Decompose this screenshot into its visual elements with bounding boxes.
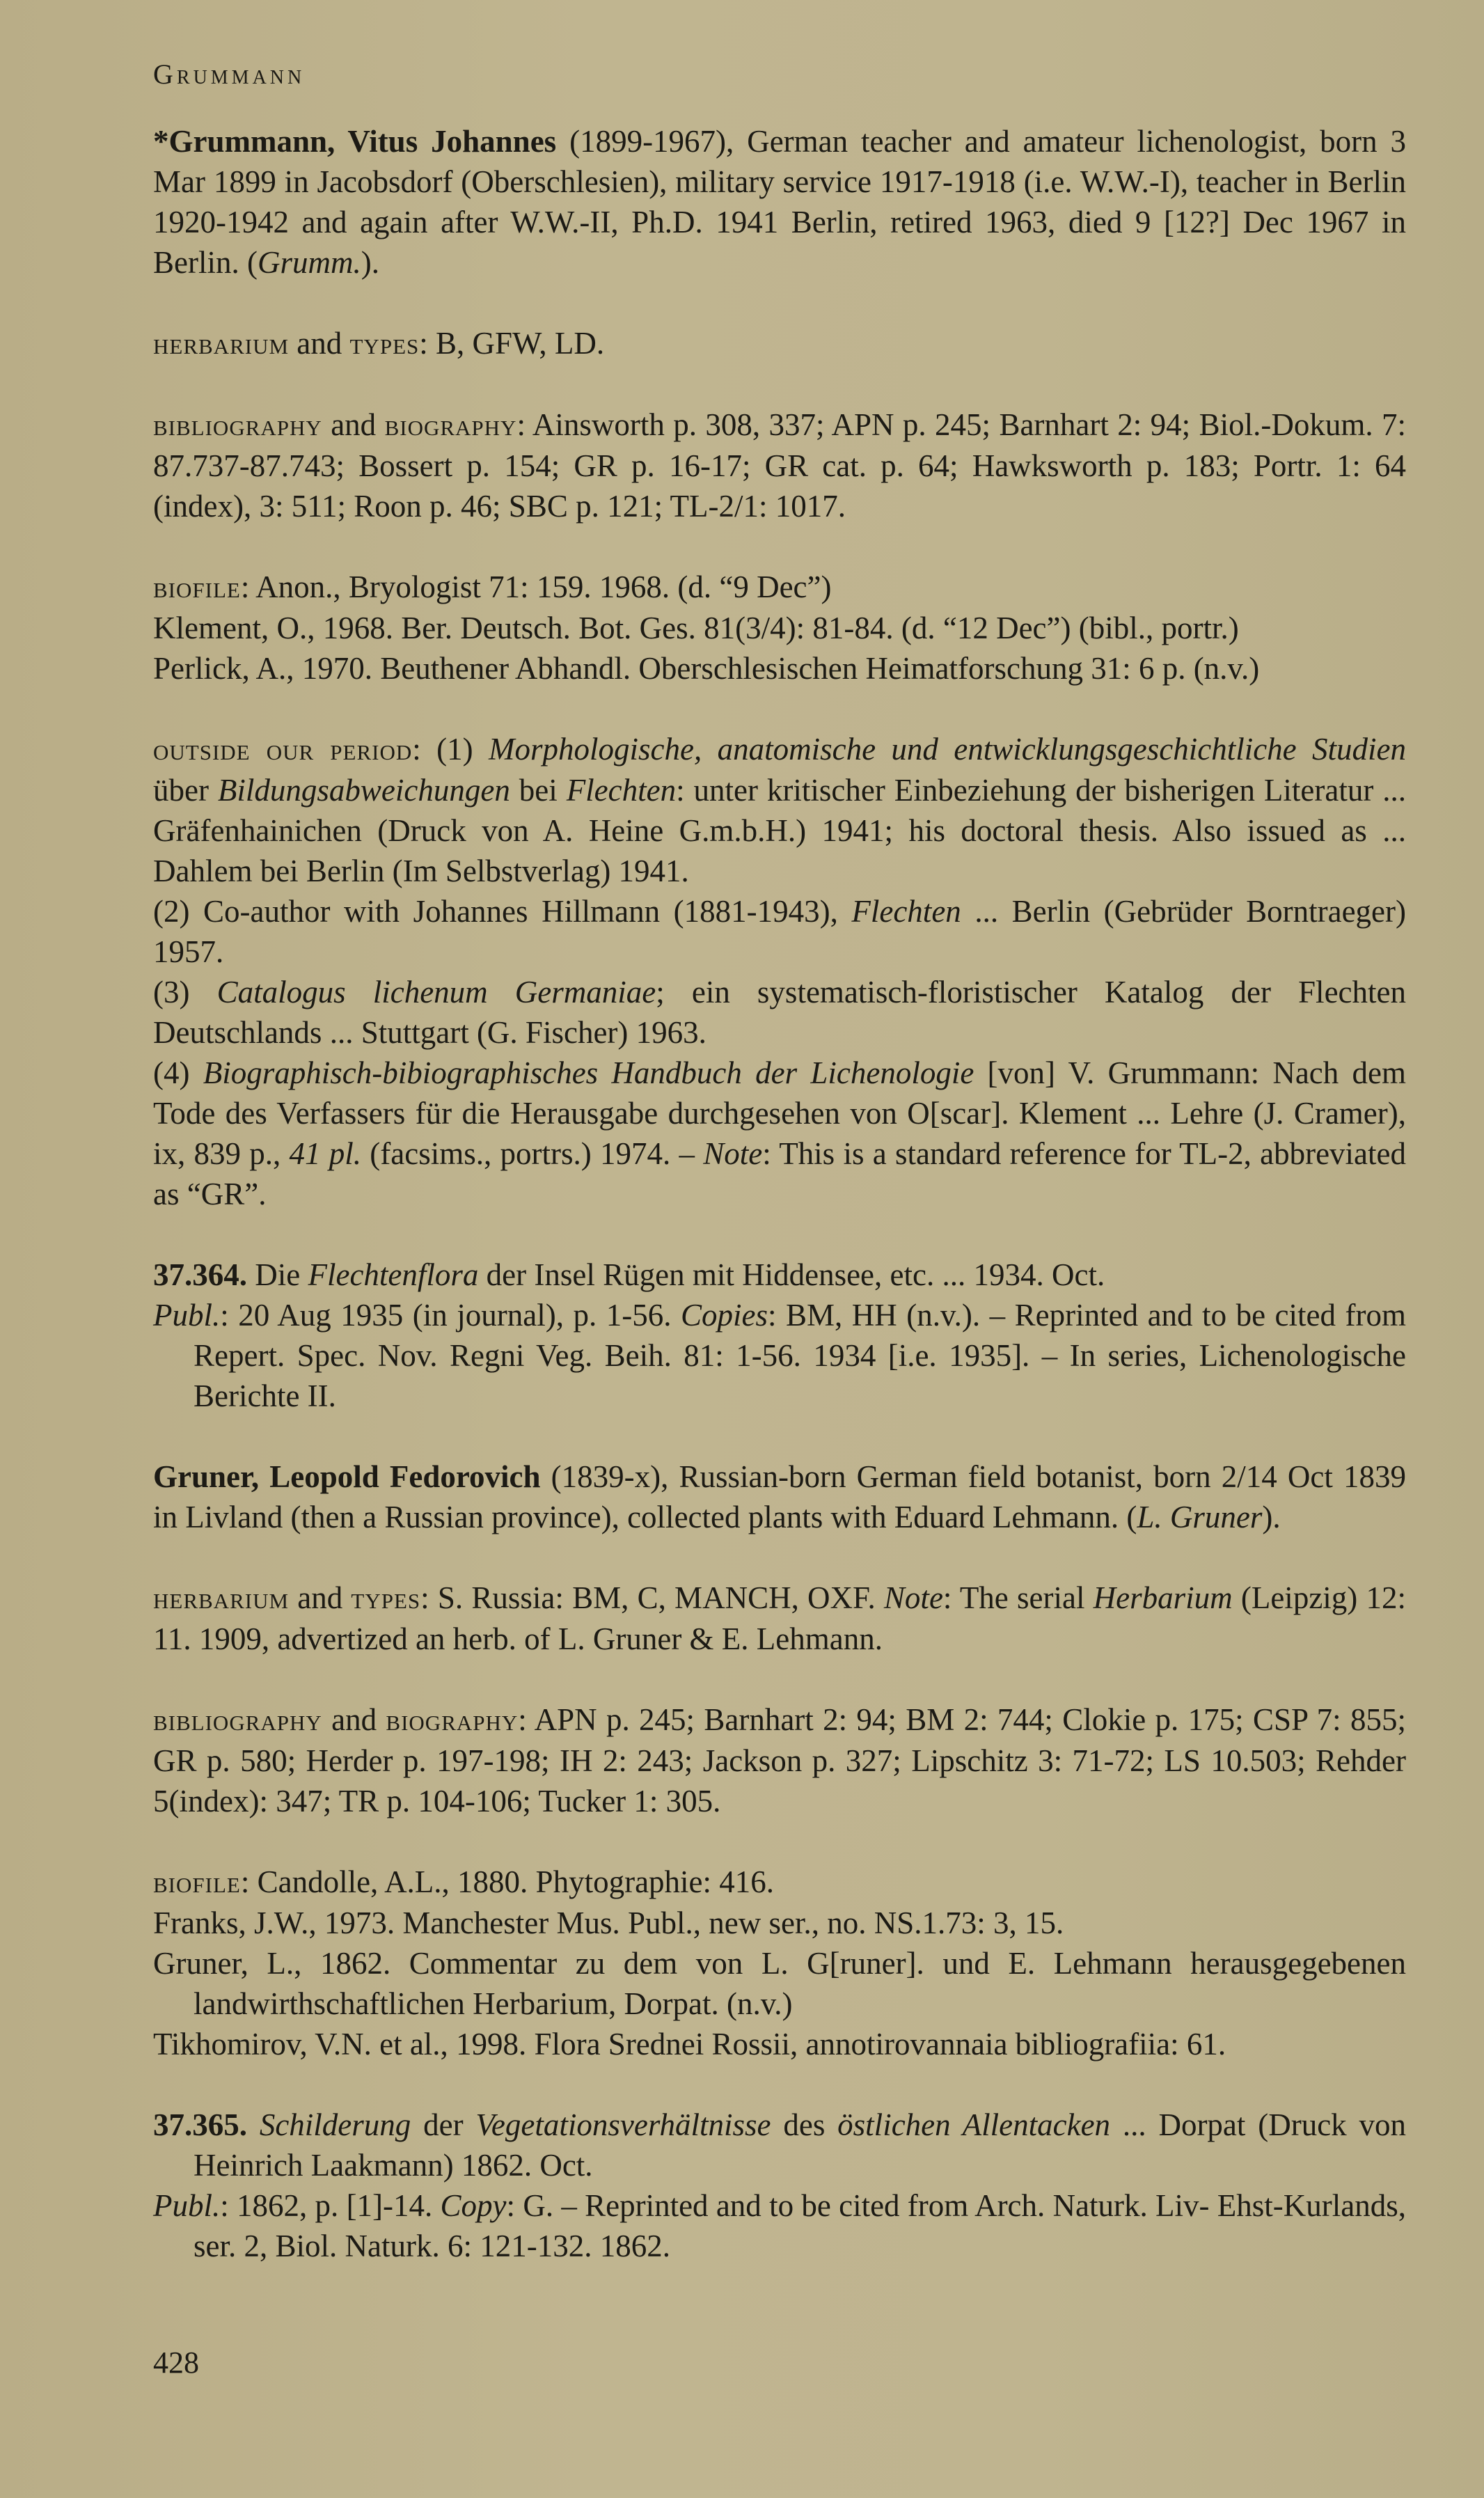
work-publication: Publ.: 20 Aug 1935 (in journal), p. 1-56…	[153, 1295, 1406, 1416]
biofile-item: Franks, J.W., 1973. Manchester Mus. Publ…	[153, 1903, 1406, 1943]
biofile: BIOFILE: Anon., Bryologist 71: 159. 1968…	[153, 567, 1406, 689]
outside-period-item: OUTSIDE OUR PERIOD: (1) Morphologische, …	[153, 729, 1406, 891]
work-entry: 37.364. Die Flechtenflora der Insel Rüge…	[153, 1255, 1406, 1416]
entry-heading: Gruner, Leopold Fedorovich (1839-x), Rus…	[153, 1456, 1406, 1537]
biofile-item: BIOFILE: Anon., Bryologist 71: 159. 1968…	[153, 567, 1406, 608]
biofile-item: Klement, O., 1968. Ber. Deutsch. Bot. Ge…	[153, 608, 1406, 648]
bibliography-text: BIBLIOGRAPHY and BIOGRAPHY: Ainsworth p.…	[153, 404, 1406, 526]
biography-gruner: Gruner, Leopold Fedorovich (1839-x), Rus…	[153, 1456, 1406, 1537]
page-number: 428	[153, 2345, 199, 2380]
work-entry: 37.365. Schilderung der Vegetationsverhä…	[153, 2105, 1406, 2266]
biography-grummann: *Grummann, Vitus Johannes (1899-1967), G…	[153, 121, 1406, 283]
herbarium-types: HERBARIUM and TYPES: S. Russia: BM, C, M…	[153, 1578, 1406, 1659]
work-title: 37.364. Die Flechtenflora der Insel Rüge…	[153, 1255, 1406, 1295]
bibliography-biography: BIBLIOGRAPHY and BIOGRAPHY: APN p. 245; …	[153, 1699, 1406, 1821]
outside-our-period: OUTSIDE OUR PERIOD: (1) Morphologische, …	[153, 729, 1406, 1214]
herbarium-types-text: HERBARIUM and TYPES: S. Russia: BM, C, M…	[153, 1578, 1406, 1659]
entries: *Grummann, Vitus Johannes (1899-1967), G…	[153, 121, 1406, 2266]
outside-period-item: (4) Biographisch-bibiographisches Handbu…	[153, 1053, 1406, 1214]
outside-period-item: (2) Co-author with Johannes Hillmann (18…	[153, 891, 1406, 972]
bibliography-biography: BIBLIOGRAPHY and BIOGRAPHY: Ainsworth p.…	[153, 404, 1406, 526]
herbarium-types: HERBARIUM and TYPES: B, GFW, LD.	[153, 323, 1406, 364]
work-title: 37.365. Schilderung der Vegetationsverhä…	[153, 2105, 1406, 2185]
biofile-item: Perlick, A., 1970. Beuthener Abhandl. Ob…	[153, 648, 1406, 689]
entry-heading: *Grummann, Vitus Johannes (1899-1967), G…	[153, 121, 1406, 283]
outside-period-item: (3) Catalogus lichenum Germaniae; ein sy…	[153, 972, 1406, 1053]
page: Grummann *Grummann, Vitus Johannes (1899…	[153, 54, 1406, 2307]
bibliography-text: BIBLIOGRAPHY and BIOGRAPHY: APN p. 245; …	[153, 1699, 1406, 1821]
biofile-item: Gruner, L., 1862. Commentar zu dem von L…	[153, 1943, 1406, 2024]
work-number: 37.365.	[153, 2107, 247, 2142]
biofile-item: Tikhomirov, V.N. et al., 1998. Flora Sre…	[153, 2024, 1406, 2064]
biofile-item: BIOFILE: Candolle, A.L., 1880. Phytograp…	[153, 1862, 1406, 1903]
running-head: Grummann	[153, 54, 1406, 93]
herbarium-types-text: HERBARIUM and TYPES: B, GFW, LD.	[153, 323, 1406, 364]
biofile: BIOFILE: Candolle, A.L., 1880. Phytograp…	[153, 1862, 1406, 2064]
work-publication: Publ.: 1862, p. [1]-14. Copy: G. – Repri…	[153, 2185, 1406, 2266]
work-number: 37.364.	[153, 1257, 247, 1292]
